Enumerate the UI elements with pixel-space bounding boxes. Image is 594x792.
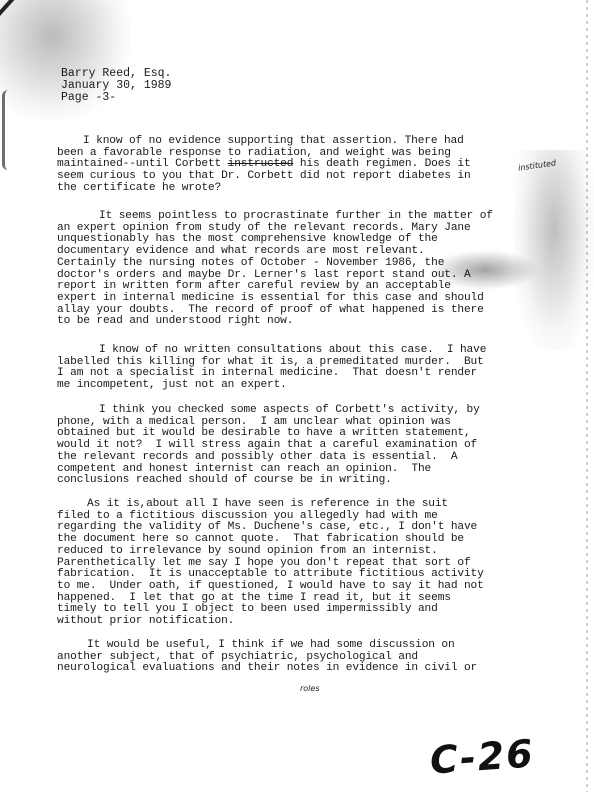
text-line: neurological evaluations and their notes… [57,663,527,675]
paragraph-3: I know of no written consultations about… [57,345,527,392]
text-line: It would be useful, I think if we had so… [57,640,527,652]
text-line: me incompetent, just not an expert. [57,380,527,392]
text-line: reduced to irrelevance by sound opinion … [57,546,527,558]
text-line: without prior notification. [57,616,527,628]
text-line: the certificate he wrote? [57,183,527,195]
exhibit-label: C-26 [429,731,536,782]
text-line: I think you checked some aspects of Corb… [57,405,527,417]
scanned-letter-page: Barry Reed, Esq. January 30, 1989 Page -… [0,0,594,792]
text-line: It seems pointless to procrastinate furt… [57,211,527,223]
text-fragment: his death regimen. Does it [293,158,470,170]
paragraph-1: I know of no evidence supporting that as… [57,136,527,195]
paragraph-2: It seems pointless to procrastinate furt… [57,211,527,328]
page-number: Page -3- [61,92,171,104]
text-fragment: maintained--until Corbett [57,158,228,170]
letter-header: Barry Reed, Esq. January 30, 1989 Page -… [61,68,171,104]
paragraph-4: I think you checked some aspects of Corb… [57,405,527,487]
margin-scribble [2,90,19,170]
text-line: conclusions reached should of course be … [57,475,527,487]
struck-word: instructed [228,158,294,170]
text-line: I know of no evidence supporting that as… [57,136,527,148]
text-line: I know of no written consultations about… [57,345,527,357]
paragraph-5: As it is,about all I have seen is refere… [57,499,527,628]
text-line: Certainly the nursing notes of October -… [57,258,527,270]
text-line: to me. Under oath, if questioned, I woul… [57,581,527,593]
scan-edge-right [586,0,588,792]
text-line: the relevant records and possibly other … [57,452,527,464]
text-line: to be read and understood right now. [57,316,527,328]
text-line: expert in internal medicine is essential… [57,293,527,305]
handwritten-correction-interlinear: roles [300,684,320,693]
paragraph-6: It would be useful, I think if we had so… [57,640,527,675]
text-line: As it is,about all I have seen is refere… [57,499,527,511]
